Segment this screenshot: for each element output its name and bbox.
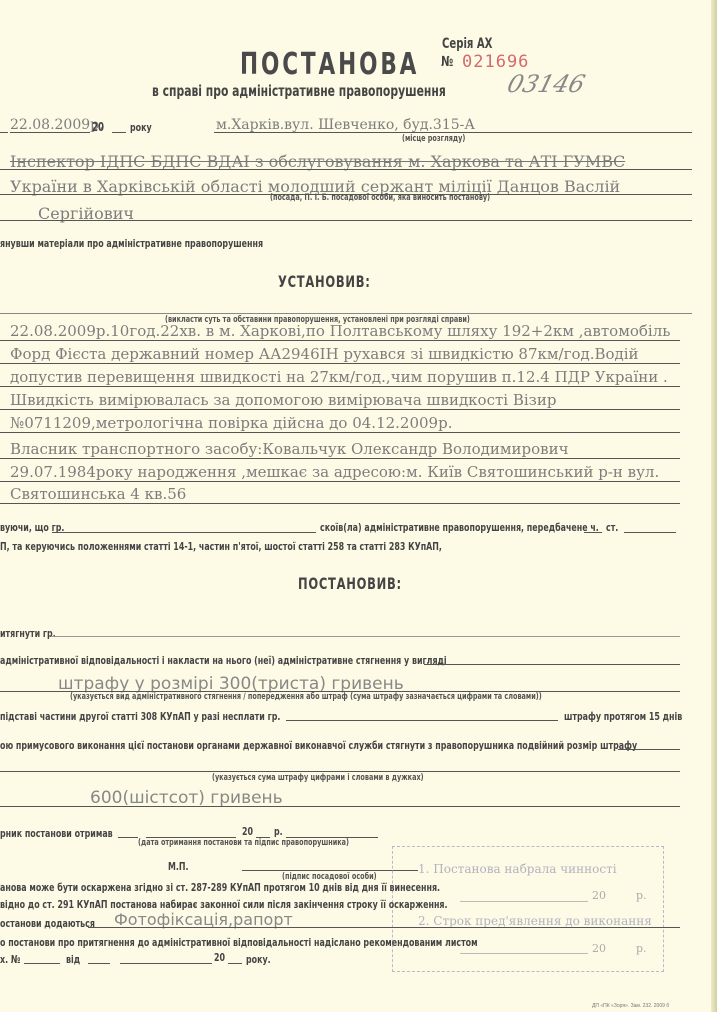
decided-heading: ПОСТАНОВИВ: bbox=[298, 574, 402, 593]
double-amount-caption: (указується сума штрафу цифрами і словам… bbox=[212, 773, 424, 783]
art308-text: підставі частини другої статті 308 КУпАП… bbox=[0, 710, 280, 723]
established-heading: УСТАНОВИВ: bbox=[278, 272, 371, 291]
place-caption: (місце розгляду) bbox=[402, 134, 465, 144]
document-title: ПОСТАНОВА bbox=[240, 47, 419, 82]
printer-imprint: ДП «ПК «Зоря». Зам. 232. 2009 б bbox=[592, 1003, 669, 1009]
bring-text: итягнути гр. bbox=[0, 627, 56, 640]
page-edge bbox=[711, 0, 717, 1012]
number-label: № bbox=[441, 54, 453, 70]
official-caption: (посада, П. І. Б. посадової особи, яка в… bbox=[270, 193, 490, 203]
established-line: №0711209,метрологічна повірка дійсна до … bbox=[10, 414, 452, 432]
ref-year-suffix: року. bbox=[246, 953, 271, 966]
stamp-line-1-year: 20 bbox=[592, 889, 606, 902]
ref-year-prefix: 20 bbox=[214, 951, 225, 964]
established-line: 22.08.2009р.10год.22хв. в м. Харкові,по … bbox=[10, 322, 670, 340]
established-line: Форд Фієста державний номер АА2946ІН рух… bbox=[10, 345, 639, 363]
materials-text: янувши матеріали про адміністративне пра… bbox=[0, 237, 263, 250]
receipt-text: рник постанови отримав bbox=[0, 827, 113, 840]
year-suffix: року bbox=[130, 121, 152, 134]
enforcement-text: ою примусового виконання цієї постанови … bbox=[0, 739, 637, 752]
established-line: допустив перевищення швидкості на 27км/г… bbox=[10, 368, 668, 386]
stamp-line-1: 1. Постанова набрала чинності bbox=[418, 862, 617, 876]
considering-text-b: скоїв(ла) адміністративне правопорушення… bbox=[320, 521, 599, 534]
established-line: Святошинська 4 кв.56 bbox=[10, 485, 186, 503]
liability-text: адміністративної відповідальності і накл… bbox=[0, 654, 447, 667]
attached-label: останови додаються bbox=[0, 917, 95, 930]
established-line: 29.07.1984року народження ,мешкає за адр… bbox=[10, 463, 659, 481]
document-subtitle: в справі про адміністративне правопоруше… bbox=[152, 82, 446, 100]
stamp-line-2-suffix: р. bbox=[636, 942, 647, 955]
double-amount-value: 600(шістсот) гривень bbox=[90, 788, 283, 808]
stamp-line-1-suffix: р. bbox=[636, 889, 647, 902]
penalty-caption: (указується вид адміністративного стягне… bbox=[70, 692, 542, 702]
receipt-year-suffix: р. bbox=[274, 825, 283, 838]
established-line: Власник транспортного засобу:Ковальчук О… bbox=[10, 440, 569, 458]
place-of-hearing: м.Харків.вул. Шевченко, буд.315-А bbox=[216, 117, 475, 133]
sent-text: о постанови про притягнення до адміністр… bbox=[0, 936, 478, 949]
stamp-line-2: 2. Строк пред'явлення до виконання bbox=[418, 914, 652, 928]
considering-text-c: ст. bbox=[606, 521, 618, 534]
ref-prefix: х. № bbox=[0, 953, 20, 966]
ref-from: від bbox=[66, 953, 80, 966]
established-line: Швидкість вимірювалась за допомогою вимі… bbox=[10, 391, 556, 409]
receipt-caption: (дата отримання постанови та підпис прав… bbox=[138, 838, 349, 848]
serial-number: 021696 bbox=[462, 52, 529, 72]
considering-line-2: П, та керуючись положеннями статті 14-1,… bbox=[0, 540, 442, 553]
series-label: Серія АХ bbox=[442, 36, 492, 52]
receipt-year-prefix: 20 bbox=[242, 825, 253, 838]
art308-tail: штрафу протягом 15 днів bbox=[564, 710, 682, 723]
appeal-text: анова може бути оскаржена згідно зі ст. … bbox=[0, 881, 440, 894]
year-prefix: 20 bbox=[92, 120, 104, 134]
seal-mark: М.П. bbox=[168, 860, 189, 873]
handwritten-case-number: 03146 bbox=[504, 70, 588, 98]
decision-date: 22.08.2009р. bbox=[10, 117, 104, 133]
stamp-line-2-year: 20 bbox=[592, 942, 606, 955]
